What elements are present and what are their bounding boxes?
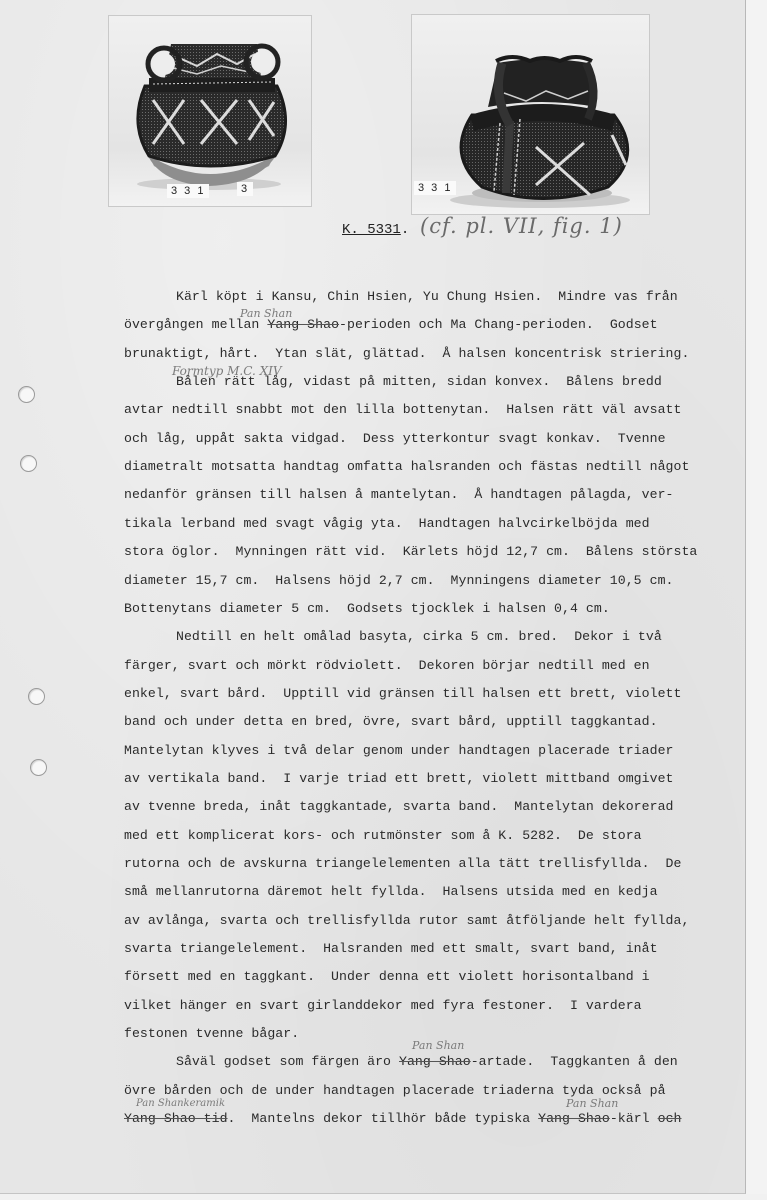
text-segment: Mantelytan klyves i två delar genom unde… [124,743,674,758]
handwritten-annotation: Formtyp M.C. XIV [172,364,282,378]
text-segment: Nedtill en helt omålad basyta, cirka 5 c… [176,629,662,644]
text-segment: svarta triangelelement. Halsranden med e… [124,941,658,956]
text-line: avtar nedtill snabbt mot den lilla botte… [124,402,681,417]
text-line: enkel, svart bård. Upptill vid gränsen t… [124,686,681,701]
text-segment: stora öglor. Mynningen rätt vid. Kärlets… [124,544,697,559]
text-segment: små mellanrutorna däremot helt fyllda. H… [124,884,658,899]
text-line: tikala lerband med svagt vågig yta. Hand… [124,516,650,531]
text-segment: Kärl köpt i Kansu, Chin Hsien, Yu Chung … [176,289,678,304]
vessel-illustration-icon [109,16,311,206]
text-segment: försett med en taggkant. Under denna ett… [124,969,650,984]
text-segment: band och under detta en bred, övre, svar… [124,714,658,729]
text-line: små mellanrutorna däremot helt fyllda. H… [124,884,658,899]
hole-punch-icon [18,386,35,403]
text-line: färger, svart och mörkt rödviolett. Deko… [124,658,650,673]
text-line: nedanför gränsen till halsen å mantelyta… [124,487,674,502]
struck-text: Yang Shao [538,1111,610,1126]
text-line: diameter 15,7 cm. Halsens höjd 2,7 cm. M… [124,573,674,588]
text-segment: diametralt motsatta handtag omfatta hals… [124,459,689,474]
struck-text: och [658,1111,682,1126]
text-segment: färger, svart och mörkt rödviolett. Deko… [124,658,650,673]
text-line: med ett komplicerat kors- och rutmönster… [124,828,642,843]
text-line: band och under detta en bred, övre, svar… [124,714,658,729]
text-segment: av vertikala band. I varje triad ett bre… [124,771,674,786]
text-segment: Såväl godset som färgen äro [176,1054,399,1069]
text-segment: -kärl [610,1111,658,1126]
text-segment: -artade. Taggkanten å den [471,1054,678,1069]
text-segment: diameter 15,7 cm. Halsens höjd 2,7 cm. M… [124,573,674,588]
hole-punch-icon [30,759,47,776]
text-segment: enkel, svart bård. Upptill vid gränsen t… [124,686,681,701]
text-line: diametralt motsatta handtag omfatta hals… [124,459,689,474]
catalog-number-text: K. 5331 [342,222,401,238]
struck-text: Yang Shao [399,1054,471,1069]
catalog-number: K. 5331. [342,222,409,238]
struck-text: Yang Shao-tid [124,1111,228,1126]
text-segment: av tvenne breda, inåt taggkantade, svart… [124,799,674,814]
text-segment: av avlånga, svarta och trellisfyllda rut… [124,913,689,928]
text-segment: . Mantelns dekor tillhör både typiska [228,1111,539,1126]
handwritten-plate-reference: (cf. pl. VII, fig. 1) [420,214,623,238]
text-line: övre bården och de under handtagen place… [124,1083,666,1098]
handwritten-annotation: Pan Shan [566,1097,618,1110]
handwritten-annotation: Pan Shan [240,307,292,320]
text-segment: avtar nedtill snabbt mot den lilla botte… [124,402,681,417]
text-segment: med ett komplicerat kors- och rutmönster… [124,828,642,843]
text-segment: övre bården och de under handtagen place… [124,1083,666,1098]
text-segment: festonen tvenne bågar. [124,1026,299,1041]
handwritten-annotation: Pan Shan [412,1039,464,1052]
scan-margin-right [746,0,767,1200]
handwritten-annotation: Pan Shankeramik [136,1098,225,1109]
text-line: svarta triangelelement. Halsranden med e… [124,941,658,956]
text-line: Nedtill en helt omålad basyta, cirka 5 c… [176,629,662,644]
catalog-number-punct: . [401,222,409,238]
text-line: Såväl godset som färgen äro Yang Shao-ar… [176,1054,678,1069]
photo-catalog-label: 3 3 1 [414,181,456,195]
text-line: Mantelytan klyves i två delar genom unde… [124,743,674,758]
text-segment: Bottenytans diameter 5 cm. Godsets tjock… [124,601,610,616]
text-line: Bottenytans diameter 5 cm. Godsets tjock… [124,601,610,616]
text-line: försett med en taggkant. Under denna ett… [124,969,650,984]
photo-catalog-label: 3 3 1 [167,184,209,198]
photo-vessel-side-view: 3 3 1 3 [108,15,312,207]
scan-margin-bottom [0,1194,767,1200]
text-segment: vilket hänger en svart girlanddekor med … [124,998,642,1013]
text-segment: nedanför gränsen till halsen å mantelyta… [124,487,674,502]
text-line: och låg, uppåt sakta vidgad. Dess ytterk… [124,431,666,446]
photo-vessel-angled-view: 3 3 1 [411,14,650,215]
photo-label-extra: 3 [237,182,253,196]
text-segment: och låg, uppåt sakta vidgad. Dess ytterk… [124,431,666,446]
text-line: festonen tvenne bågar. [124,1026,299,1041]
text-line: rutorna och de avskurna triangelelemente… [124,856,681,871]
text-segment: -perioden och Ma Chang-perioden. Godset [339,317,658,332]
text-line: Yang Shao-tid. Mantelns dekor tillhör bå… [124,1111,682,1126]
hole-punch-icon [20,455,37,472]
text-line: vilket hänger en svart girlanddekor med … [124,998,642,1013]
text-line: av tvenne breda, inåt taggkantade, svart… [124,799,674,814]
text-line: brunaktigt, hårt. Ytan slät, glättad. Å … [124,346,689,361]
text-line: Kärl köpt i Kansu, Chin Hsien, Yu Chung … [176,289,678,304]
text-segment: tikala lerband med svagt vågig yta. Hand… [124,516,650,531]
text-segment: rutorna och de avskurna triangelelemente… [124,856,681,871]
text-line: av avlånga, svarta och trellisfyllda rut… [124,913,689,928]
text-segment: brunaktigt, hårt. Ytan slät, glättad. Å … [124,346,689,361]
hole-punch-icon [28,688,45,705]
text-line: stora öglor. Mynningen rätt vid. Kärlets… [124,544,697,559]
text-line: av vertikala band. I varje triad ett bre… [124,771,674,786]
text-line: övergången mellan Yang Shao-perioden och… [124,317,658,332]
